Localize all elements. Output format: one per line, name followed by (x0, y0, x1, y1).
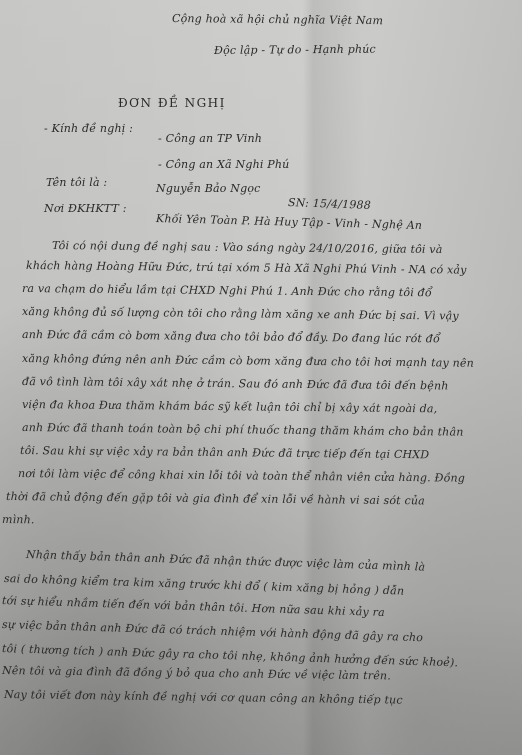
recipient-1: - Công an TP Vinh (158, 132, 262, 145)
recipients-label: - Kính đề nghị : (44, 122, 133, 135)
recipient-2: - Công an Xã Nghi Phú (158, 158, 289, 171)
national-header-line1: Cộng hoà xã hội chủ nghĩa Việt Nam (172, 12, 383, 27)
document-title: ĐƠN ĐỀ NGHỊ (118, 96, 226, 110)
applicant-address-label: Nơi ĐKHKTT : (44, 202, 127, 215)
national-header-line2: Độc lập - Tự do - Hạnh phúc (214, 43, 376, 57)
applicant-name-label: Tên tôi là : (46, 176, 107, 189)
applicant-name: Nguyễn Bảo Ngọc (156, 182, 261, 195)
body-line: mình. (2, 513, 35, 526)
